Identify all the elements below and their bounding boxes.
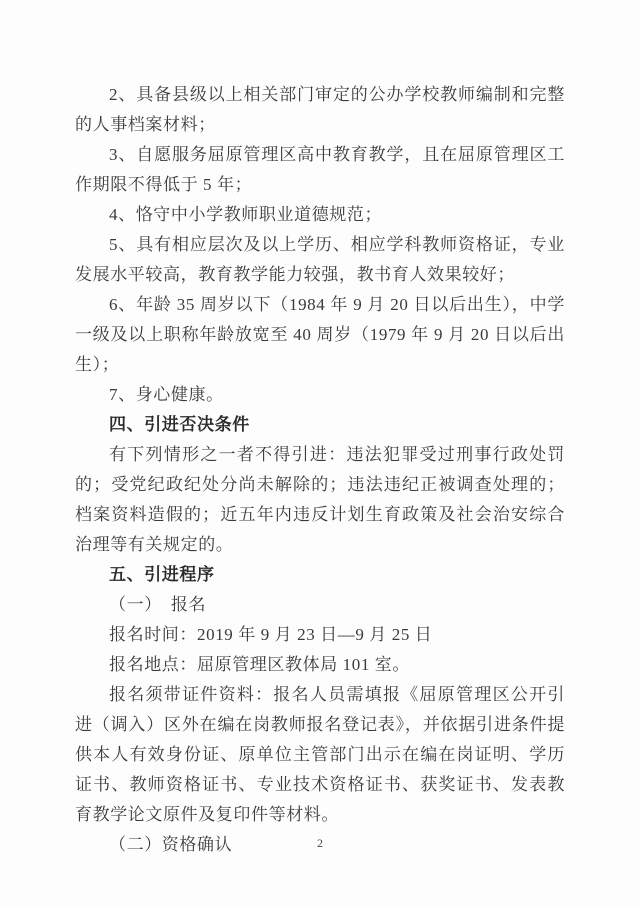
paragraph-rejection-body: 有下列情形之一者不得引进：违法犯罪受过刑事行政处罚的；受党纪政纪处分尚未解除的；… bbox=[75, 440, 565, 560]
paragraph-subsection-signup: （一） 报名 bbox=[75, 590, 565, 620]
paragraph-item-4: 4、恪守中小学教师职业道德规范； bbox=[75, 200, 565, 230]
paragraph-item-5: 5、具有相应层次及以上学历、相应学科教师资格证，专业发展水平较高，教育教学能力较… bbox=[75, 230, 565, 290]
paragraph-item-3: 3、自愿服务屈原管理区高中教育教学，且在屈原管理区工作期限不得低于 5 年； bbox=[75, 140, 565, 200]
page-number: 2 bbox=[0, 836, 640, 851]
section-heading-rejection: 四、引进否决条件 bbox=[75, 410, 565, 440]
document-page: 2、具备县级以上相关部门审定的公办学校教师编制和完整的人事档案材料； 3、自愿服… bbox=[0, 0, 640, 906]
paragraph-signup-materials: 报名须带证件资料：报名人员需填报《屈原管理区公开引进（调入）区外在编在岗教师报名… bbox=[75, 680, 565, 830]
paragraph-signup-time: 报名时间：2019 年 9 月 23 日—9 月 25 日 bbox=[75, 620, 565, 650]
paragraph-item-7: 7、身心健康。 bbox=[75, 380, 565, 410]
paragraph-item-6: 6、年龄 35 周岁以下（1984 年 9 月 20 日以后出生），中学一级及以… bbox=[75, 290, 565, 380]
paragraph-item-2: 2、具备县级以上相关部门审定的公办学校教师编制和完整的人事档案材料； bbox=[75, 80, 565, 140]
section-heading-procedure: 五、引进程序 bbox=[75, 560, 565, 590]
document-content: 2、具备县级以上相关部门审定的公办学校教师编制和完整的人事档案材料； 3、自愿服… bbox=[75, 80, 565, 860]
paragraph-signup-place: 报名地点：屈原管理区教体局 101 室。 bbox=[75, 650, 565, 680]
